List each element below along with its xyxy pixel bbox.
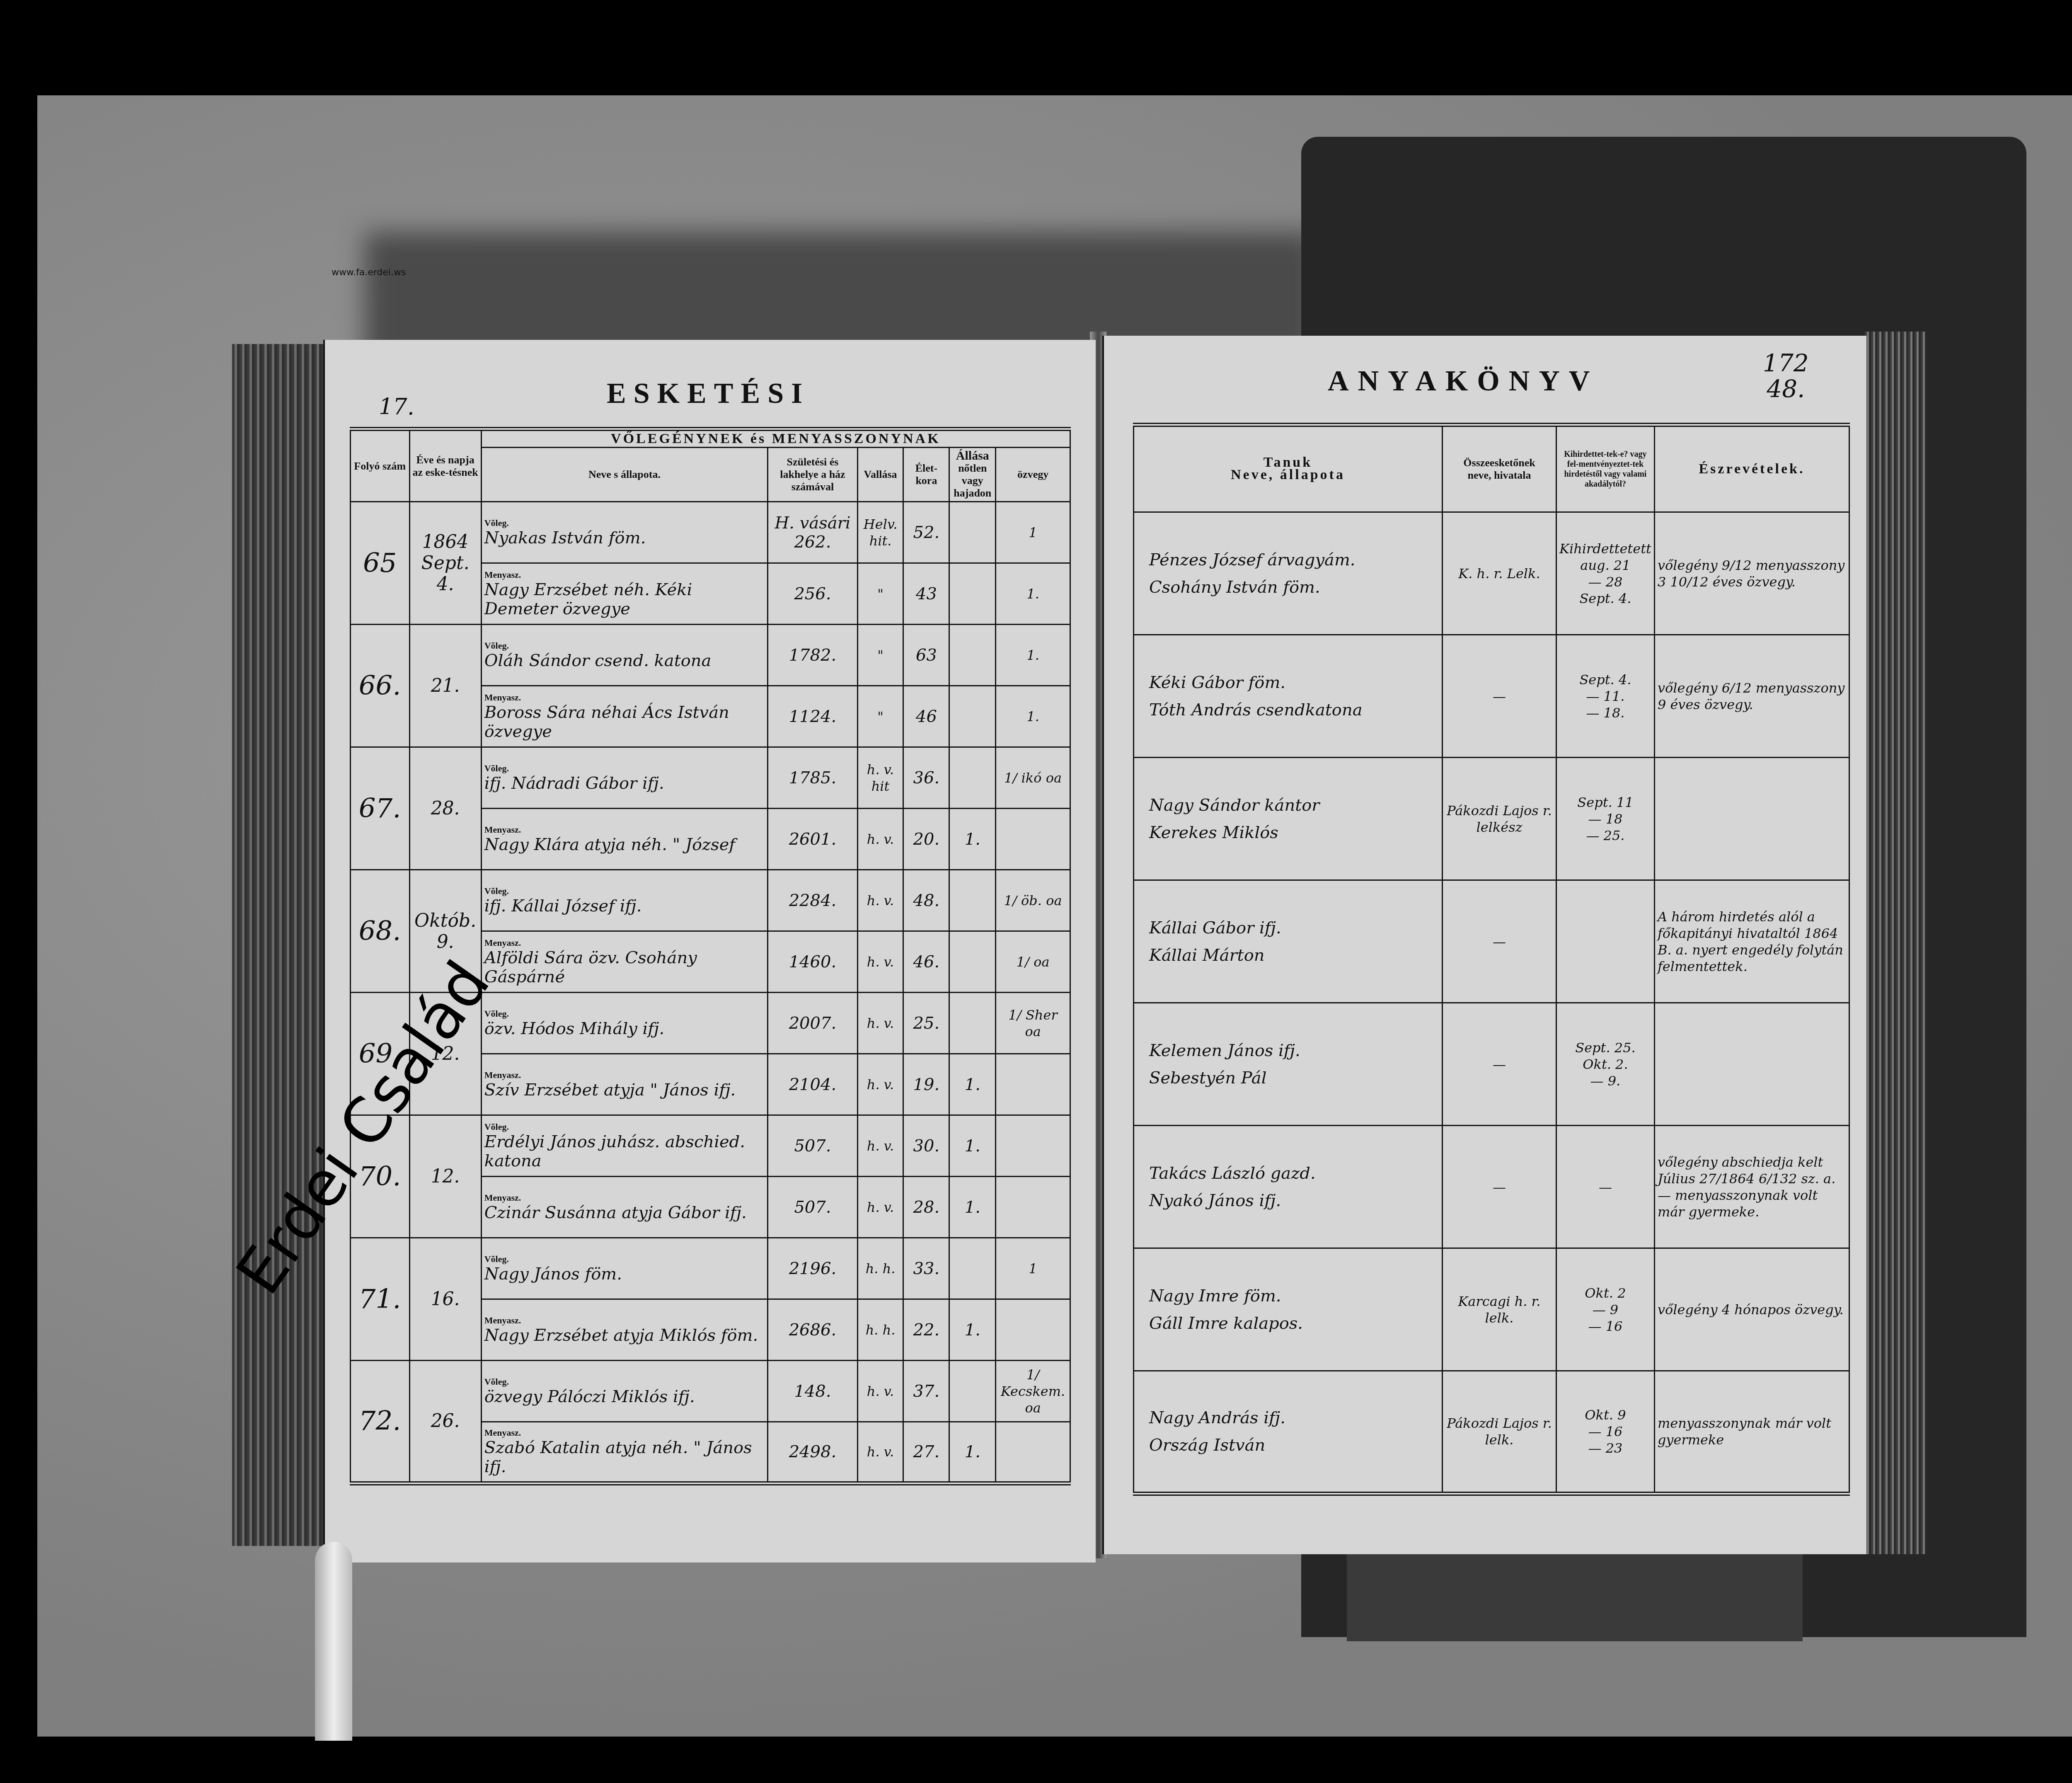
groom-label: Võleg. <box>484 1122 765 1132</box>
folio-secondary: 48. <box>1763 376 1809 402</box>
banns-cell: Kihirdettetett aug. 21— 28Sept. 4. <box>1556 512 1655 635</box>
entry-date: 16. <box>409 1238 481 1361</box>
officiant: Karcagi h. r. lelk. <box>1443 1248 1556 1371</box>
witness-name: Kerekes Miklós <box>1149 823 1427 842</box>
bride-house: 2104. <box>768 1054 857 1115</box>
bride-age: 46. <box>903 931 949 993</box>
witness-name: Nagy Imre föm. <box>1149 1286 1427 1306</box>
bride-religion: h. v. <box>857 1177 903 1238</box>
groom-religion: " <box>857 625 903 686</box>
groom-single <box>949 1361 996 1422</box>
bride-name-cell: Menyasz.Czinár Susánna atyja Gábor ifj. <box>481 1177 768 1238</box>
bride-widowed <box>996 1299 1070 1361</box>
pen-tip <box>315 1542 352 1741</box>
col-osszeesketonek-sub: neve, hivatala <box>1467 469 1531 481</box>
groom-widowed: 1/ Sher oa <box>996 993 1070 1054</box>
groom-widowed: 1 <box>996 502 1070 563</box>
col-allasa: Állása <box>952 450 992 462</box>
groom-name: Nyakas István föm. <box>484 528 646 547</box>
officiant: Pákozdi Lajos r. lelk. <box>1443 1371 1556 1494</box>
col-kihirdettettek: Kihirdettet-tek-e? vagy fel-mentvényezte… <box>1556 425 1655 512</box>
witness-name: Kelemen János ifj. <box>1149 1041 1427 1060</box>
banns-date: — 25. <box>1559 827 1651 844</box>
bride-widowed: 1. <box>996 563 1070 625</box>
bride-single <box>949 686 996 747</box>
bride-name-cell: Menyasz.Nagy Klára atyja néh. " József <box>481 809 768 870</box>
bride-single: 1. <box>949 1299 996 1361</box>
col-eszrevetelek: Észrevételek. <box>1654 425 1849 512</box>
banns-cell: — <box>1556 1126 1655 1248</box>
groom-religion: h. h. <box>857 1238 903 1299</box>
bride-single: 1. <box>949 1054 996 1115</box>
entry-date: 1864 Sept. 4. <box>409 502 481 625</box>
bride-age: 19. <box>903 1054 949 1115</box>
col-neve-allapota: Neve s állapota. <box>481 448 768 502</box>
banns-date: — 9. <box>1559 1073 1651 1089</box>
groom-widowed <box>996 1115 1070 1177</box>
groom-age: 52. <box>903 502 949 563</box>
groom-name-cell: Võleg.Erdélyi János juhász. abschied. ka… <box>481 1115 768 1177</box>
groom-name-cell: Võleg.Nyakas István föm. <box>481 502 768 563</box>
bride-house: 1124. <box>768 686 857 747</box>
bride-house: 2601. <box>768 809 857 870</box>
groom-name: Erdélyi János juhász. abschied. katona <box>484 1132 745 1170</box>
table-row: Nagy András ifj.Ország IstvánPákozdi Laj… <box>1134 1371 1849 1494</box>
bride-name: Szabó Katalin atyja néh. " János ifj. <box>484 1438 752 1476</box>
witness-name: Csohány István föm. <box>1149 578 1427 597</box>
bride-age: 20. <box>903 809 949 870</box>
groom-label: Võleg. <box>484 518 765 528</box>
groom-religion: h. v. <box>857 1361 903 1422</box>
bride-widowed <box>996 1054 1070 1115</box>
remarks: vőlegény 9/12 menyasszony 3 10/12 éves ö… <box>1654 512 1849 635</box>
entry-number: 68. <box>351 870 410 993</box>
entry-number: 71. <box>351 1238 410 1361</box>
groom-religion: Helv. hit. <box>857 502 903 563</box>
entry-number: 72. <box>351 1361 410 1483</box>
entry-date: 12. <box>409 1115 481 1238</box>
groom-name-cell: Võleg.Oláh Sándor csend. katona <box>481 625 768 686</box>
groom-age: 63 <box>903 625 949 686</box>
banns-date: Sept. 11 <box>1559 794 1651 811</box>
groom-single <box>949 747 996 809</box>
witness-name: Ország István <box>1149 1436 1427 1455</box>
bride-age: 27. <box>903 1422 949 1483</box>
col-folyo-szam: Folyó szám <box>351 429 410 502</box>
bride-age: 22. <box>903 1299 949 1361</box>
bride-label: Menyasz. <box>484 1192 765 1203</box>
bride-name-cell: Menyasz.Nagy Erzsébet néh. Kéki Demeter … <box>481 563 768 625</box>
folio-primary: 172 <box>1763 350 1809 376</box>
entry-date: 21. <box>409 625 481 747</box>
bride-label: Menyasz. <box>484 692 765 703</box>
bride-single <box>949 931 996 993</box>
groom-name-cell: Võleg.özvegy Pálóczi Miklós ifj. <box>481 1361 768 1422</box>
banns-date: — 18. <box>1559 705 1651 721</box>
entry-date: 28. <box>409 747 481 870</box>
folio-number: 172 48. <box>1763 350 1809 402</box>
table-row: 70.12.Võleg.Erdélyi János juhász. abschi… <box>351 1115 1070 1177</box>
groom-name-cell: Võleg.özv. Hódos Mihály ifj. <box>481 993 768 1054</box>
col-eve-napja: Éve és napja az eske-tésnek <box>409 429 481 502</box>
groom-single <box>949 625 996 686</box>
groom-widowed: 1/ ikó oa <box>996 747 1070 809</box>
witness-name: Tóth András csendkatona <box>1149 700 1427 719</box>
groom-label: Võleg. <box>484 1254 765 1265</box>
bride-label: Menyasz. <box>484 824 765 835</box>
bride-label: Menyasz. <box>484 938 765 948</box>
banns-date: — 11. <box>1559 688 1651 705</box>
bride-widowed: 1. <box>996 686 1070 747</box>
groom-house: 507. <box>768 1115 857 1177</box>
groom-widowed: 1/ öb. oa <box>996 870 1070 931</box>
bride-religion: " <box>857 563 903 625</box>
groom-single <box>949 1238 996 1299</box>
bride-single: 1. <box>949 1422 996 1483</box>
page-number: 17. <box>379 394 414 420</box>
groom-house: 2196. <box>768 1238 857 1299</box>
marriage-register-table: Folyó szám Éve és napja az eske-tésnek V… <box>350 427 1071 1485</box>
groom-age: 48. <box>903 870 949 931</box>
bride-widowed <box>996 1177 1070 1238</box>
groom-house: 1785. <box>768 747 857 809</box>
groom-single: 1. <box>949 1115 996 1177</box>
banns-date: — 16 <box>1559 1423 1651 1440</box>
bride-house: 256. <box>768 563 857 625</box>
table-row: 72.26.Võleg.özvegy Pálóczi Miklós ifj.14… <box>351 1361 1070 1422</box>
col-szuletesi: Születési és lakhelye a ház számával <box>768 448 857 502</box>
groom-age: 30. <box>903 1115 949 1177</box>
groom-religion: h. v. <box>857 1115 903 1177</box>
witness-name: Nagy Sándor kántor <box>1149 796 1427 815</box>
groom-name: ifj. Nádradi Gábor ifj. <box>484 774 664 793</box>
bride-name: Nagy Erzsébet atyja Miklós föm. <box>484 1326 758 1345</box>
groom-age: 33. <box>903 1238 949 1299</box>
bride-name: Czinár Susánna atyja Gábor ifj. <box>484 1203 747 1222</box>
col-osszeesketonek: Összeesketőnekneve, hivatala <box>1443 425 1556 512</box>
witnesses-cell: Nagy Imre föm.Gáll Imre kalapos. <box>1134 1248 1443 1371</box>
source-url-watermark: www.fa.erdei.ws <box>332 267 406 278</box>
groom-name-cell: Võleg.ifj. Kállai József ifj. <box>481 870 768 931</box>
banns-date: — 28 <box>1559 574 1651 590</box>
witness-name: Pénzes József árvagyám. <box>1149 550 1427 569</box>
bride-house: 2498. <box>768 1422 857 1483</box>
groom-label: Võleg. <box>484 763 765 774</box>
col-tanuk: TanukNeve, állapota <box>1134 425 1443 512</box>
groom-age: 37. <box>903 1361 949 1422</box>
bride-religion: h. v. <box>857 931 903 993</box>
bride-age: 43 <box>903 563 949 625</box>
groom-label: Võleg. <box>484 640 765 651</box>
remarks <box>1654 1003 1849 1126</box>
bride-name: Szív Erzsébet atyja " János ifj. <box>484 1080 736 1100</box>
table-row: 67.28.Võleg.ifj. Nádradi Gábor ifj.1785.… <box>351 747 1070 809</box>
col-ozvegy: özvegy <box>996 448 1070 502</box>
witness-name: Sebestyén Pál <box>1149 1068 1427 1088</box>
bride-widowed <box>996 809 1070 870</box>
groom-name: özv. Hódos Mihály ifj. <box>484 1019 665 1038</box>
bride-religion: h. v. <box>857 809 903 870</box>
officiant: — <box>1443 635 1556 758</box>
bride-religion: h. h. <box>857 1299 903 1361</box>
bride-house: 507. <box>768 1177 857 1238</box>
groom-name: özvegy Pálóczi Miklós ifj. <box>484 1387 695 1406</box>
banns-date: Sept. 25. <box>1559 1039 1651 1056</box>
groom-single <box>949 502 996 563</box>
groom-label: Võleg. <box>484 1376 765 1387</box>
col-notlen: Állásanőtlen vagy hajadon <box>949 448 996 502</box>
page-title-left: ESKETÉSI <box>607 377 810 410</box>
banns-date: — 16 <box>1559 1318 1651 1335</box>
witness-name: Nyakó János ifj. <box>1149 1191 1427 1210</box>
groom-label: Võleg. <box>484 1008 765 1019</box>
bride-name-cell: Menyasz.Nagy Erzsébet atyja Miklós föm. <box>481 1299 768 1361</box>
table-row: Kállai Gábor ifj.Kállai Márton—A három h… <box>1134 880 1849 1003</box>
groom-label: Võleg. <box>484 886 765 896</box>
table-row: 68.Októb. 9.Võleg.ifj. Kállai József ifj… <box>351 870 1070 931</box>
groom-age: 25. <box>903 993 949 1054</box>
groom-house: 1782. <box>768 625 857 686</box>
bride-name: Nagy Klára atyja néh. " József <box>484 835 735 854</box>
officiant: K. h. r. Lelk. <box>1443 512 1556 635</box>
entry-number: 66. <box>351 625 410 747</box>
col-group-header: VŐLEGÉNYNEK és MENYASSZONYNAK <box>481 429 1070 448</box>
bride-religion: " <box>857 686 903 747</box>
bride-widowed: 1/ oa <box>996 931 1070 993</box>
entry-date: 26. <box>409 1361 481 1483</box>
witness-name: Kállai Márton <box>1149 946 1427 965</box>
groom-religion: h. v. <box>857 993 903 1054</box>
col-eletkora: Élet-kora <box>903 448 949 502</box>
witness-name: Nagy András ifj. <box>1149 1408 1427 1427</box>
bride-house: 2686. <box>768 1299 857 1361</box>
banns-date: — 18 <box>1559 811 1651 827</box>
groom-widowed: 1 <box>996 1238 1070 1299</box>
banns-date: Okt. 2. <box>1559 1056 1651 1073</box>
table-row: Pénzes József árvagyám.Csohány István fö… <box>1134 512 1849 635</box>
banns-date: Sept. 4. <box>1559 590 1651 607</box>
table-row: 651864 Sept. 4.Võleg.Nyakas István föm.H… <box>351 502 1070 563</box>
bride-name: Alföldi Sára özv. Csohány Gáspárné <box>484 948 697 986</box>
banns-date: Sept. 4. <box>1559 671 1651 688</box>
groom-house: 148. <box>768 1361 857 1422</box>
banns-date: Kihirdettetett aug. 21 <box>1559 540 1651 574</box>
col-vallasa: Vallása <box>857 448 903 502</box>
groom-name-cell: Võleg.Nagy János föm. <box>481 1238 768 1299</box>
banns-cell: Sept. 11— 18— 25. <box>1556 758 1655 880</box>
bride-name-cell: Menyasz.Boross Sára néhai Ács István özv… <box>481 686 768 747</box>
banns-date: — 9 <box>1559 1301 1651 1318</box>
groom-single <box>949 870 996 931</box>
bride-religion: h. v. <box>857 1422 903 1483</box>
witness-name: Gáll Imre kalapos. <box>1149 1314 1427 1333</box>
bride-widowed <box>996 1422 1070 1483</box>
page-edges-right <box>1865 332 1927 1554</box>
banns-cell: Okt. 9— 16— 23 <box>1556 1371 1655 1494</box>
bride-house: 1460. <box>768 931 857 993</box>
witnesses-cell: Takács László gazd.Nyakó János ifj. <box>1134 1126 1443 1248</box>
bride-age: 46 <box>903 686 949 747</box>
table-row: Kelemen János ifj.Sebestyén Pál—Sept. 25… <box>1134 1003 1849 1126</box>
groom-name: Nagy János föm. <box>484 1265 622 1284</box>
bride-religion: h. v. <box>857 1054 903 1115</box>
banns-date: — <box>1559 1179 1651 1195</box>
banns-date: — 23 <box>1559 1440 1651 1456</box>
groom-house: 2007. <box>768 993 857 1054</box>
col-osszeesketonek-label: Összeesketőnek <box>1445 457 1553 469</box>
col-notlen-label: nőtlen vagy hajadon <box>954 462 991 499</box>
groom-name: ifj. Kállai József ifj. <box>484 896 642 916</box>
table-row: Nagy Imre föm.Gáll Imre kalapos.Karcagi … <box>1134 1248 1849 1371</box>
groom-religion: h. v. <box>857 870 903 931</box>
groom-name-cell: Võleg.ifj. Nádradi Gábor ifj. <box>481 747 768 809</box>
officiant: — <box>1443 1126 1556 1248</box>
bride-name-cell: Menyasz.Szív Erzsébet atyja " János ifj. <box>481 1054 768 1115</box>
witness-name: Takács László gazd. <box>1149 1164 1427 1183</box>
bride-name-cell: Menyasz.Alföldi Sára özv. Csohány Gáspár… <box>481 931 768 993</box>
bride-single <box>949 563 996 625</box>
officiant: Pákozdi Lajos r. lelkész <box>1443 758 1556 880</box>
bride-single: 1. <box>949 1177 996 1238</box>
groom-religion: h. v. hit <box>857 747 903 809</box>
remarks: menyasszonynak már volt gyermeke <box>1654 1371 1849 1494</box>
entry-number: 65 <box>351 502 410 625</box>
witness-name: Kéki Gábor föm. <box>1149 673 1427 692</box>
witnesses-cell: Nagy András ifj.Ország István <box>1134 1371 1443 1494</box>
remarks: vőlegény 6/12 menyasszony 9 éves özvegy. <box>1654 635 1849 758</box>
officiant: — <box>1443 880 1556 1003</box>
bride-label: Menyasz. <box>484 569 765 580</box>
bride-label: Menyasz. <box>484 1315 765 1326</box>
groom-widowed: 1. <box>996 625 1070 686</box>
bride-label: Menyasz. <box>484 1070 765 1080</box>
right-page: ANYAKÖNYV 172 48. TanukNeve, állapota Ös… <box>1102 336 1866 1554</box>
bride-age: 28. <box>903 1177 949 1238</box>
remarks <box>1654 758 1849 880</box>
witnesses-cell: Nagy Sándor kántorKerekes Miklós <box>1134 758 1443 880</box>
banns-cell: Sept. 25.Okt. 2.— 9. <box>1556 1003 1655 1126</box>
left-page: 17. ESKETÉSI Folyó szám Éve és napja az … <box>323 340 1096 1563</box>
bride-single: 1. <box>949 809 996 870</box>
groom-single <box>949 993 996 1054</box>
groom-house: H. vásári 262. <box>768 502 857 563</box>
entry-number: 67. <box>351 747 410 870</box>
banns-date: Okt. 2 <box>1559 1285 1651 1301</box>
col-tanuk-sub: Neve, állapota <box>1231 467 1345 482</box>
witnesses-cell: Kéki Gábor föm.Tóth András csendkatona <box>1134 635 1443 758</box>
table-row: Kéki Gábor föm.Tóth András csendkatona—S… <box>1134 635 1849 758</box>
witness-body: Pénzes József árvagyám.Csohány István fö… <box>1134 512 1849 1494</box>
officiant: — <box>1443 1003 1556 1126</box>
groom-age: 36. <box>903 747 949 809</box>
witness-table: TanukNeve, állapota Összeesketőnekneve, … <box>1133 423 1850 1496</box>
witnesses-cell: Kállai Gábor ifj.Kállai Márton <box>1134 880 1443 1003</box>
page-title-right: ANYAKÖNYV <box>1328 365 1599 398</box>
table-row: 71.16.Võleg.Nagy János föm.2196.h. h.33.… <box>351 1238 1070 1299</box>
table-row: Takács László gazd.Nyakó János ifj.——vől… <box>1134 1126 1849 1248</box>
banns-date: Okt. 9 <box>1559 1407 1651 1423</box>
witnesses-cell: Kelemen János ifj.Sebestyén Pál <box>1134 1003 1443 1126</box>
banns-cell <box>1556 880 1655 1003</box>
witness-name: Kállai Gábor ifj. <box>1149 918 1427 938</box>
remarks: vőlegény abschiedja kelt Július 27/1864 … <box>1654 1126 1849 1248</box>
bride-name-cell: Menyasz.Szabó Katalin atyja néh. " János… <box>481 1422 768 1483</box>
remarks: A három hirdetés alól a főkapitányi hiva… <box>1654 880 1849 1003</box>
banns-cell: Sept. 4.— 11.— 18. <box>1556 635 1655 758</box>
witnesses-cell: Pénzes József árvagyám.Csohány István fö… <box>1134 512 1443 635</box>
groom-widowed: 1/ Kecskem. oa <box>996 1361 1070 1422</box>
banns-cell: Okt. 2— 9— 16 <box>1556 1248 1655 1371</box>
groom-house: 2284. <box>768 870 857 931</box>
bride-label: Menyasz. <box>484 1427 765 1438</box>
remarks: vőlegény 4 hónapos özvegy. <box>1654 1248 1849 1371</box>
groom-name: Oláh Sándor csend. katona <box>484 651 712 670</box>
bride-name: Nagy Erzsébet néh. Kéki Demeter özvegye <box>484 580 692 618</box>
table-row: 66.21.Võleg.Oláh Sándor csend. katona178… <box>351 625 1070 686</box>
table-row: Nagy Sándor kántorKerekes MiklósPákozdi … <box>1134 758 1849 880</box>
bride-name: Boross Sára néhai Ács István özvegye <box>484 703 729 741</box>
